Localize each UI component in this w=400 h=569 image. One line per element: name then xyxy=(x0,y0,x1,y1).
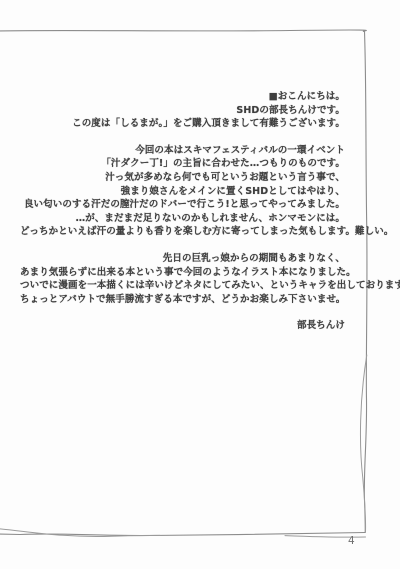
greeting-paragraph: ■おこんにちは。 SHDの部長ちんけです。 この度は「しるまが。」をご購入頂きま… xyxy=(20,90,345,131)
body-line: 汁っ気が多めなら何でも可というお題という言う事で、 xyxy=(20,171,345,185)
afterword-text: ■おこんにちは。 SHDの部長ちんけです。 この度は「しるまが。」をご購入頂きま… xyxy=(20,90,345,333)
body-line: ついでに漫画を一本描くには辛いけどネタにしてみたい、というキャラを出しております… xyxy=(20,279,345,293)
body-paragraph-1: 今回の本はスキマフェスティバルの一環イベント 「汁ダクー丁!」の主旨に合わせた…… xyxy=(20,144,345,239)
body-line: 今回の本はスキマフェスティバルの一環イベント xyxy=(20,144,345,158)
body-line: どっちかといえば汗の量よりも香りを楽しむ方に寄ってしまった気もします。難しい。 xyxy=(20,225,345,239)
body-paragraph-2: 先日の巨乳っ娘からの期間もあまりなく、 あまり気張らずに出来る本という事で今回の… xyxy=(20,252,345,306)
scan-page: ■おこんにちは。 SHDの部長ちんけです。 この度は「しるまが。」をご購入頂きま… xyxy=(0,0,400,569)
body-line: 「汁ダクー丁!」の主旨に合わせた…つもりのものです。 xyxy=(20,157,345,171)
body-line: 先日の巨乳っ娘からの期間もあまりなく、 xyxy=(20,252,345,266)
page-number: 4 xyxy=(348,535,355,547)
body-line: …が、まだまだ足りないのかもしれません、ホンマモンには。 xyxy=(20,212,345,226)
greeting-line: この度は「しるまが。」をご購入頂きまして有難うございます。 xyxy=(20,117,345,131)
greeting-line: SHDの部長ちんけです。 xyxy=(20,104,345,118)
body-line: 良い匂いのする汗だの膣汁だのドバーで行こう!と思ってやってみました。 xyxy=(20,198,345,212)
body-line: ちょっとアバウトで無手勝流すぎる本ですが、どうかお楽しみ下さいませ。 xyxy=(20,293,345,307)
signature: 部長ちんけ xyxy=(20,319,345,333)
body-line: あまり気張らずに出来る本という事で今回のようなイラスト本になりました。 xyxy=(20,266,345,280)
signature-line: 部長ちんけ xyxy=(20,319,345,333)
greeting-line: ■おこんにちは。 xyxy=(20,90,345,104)
body-line: 強まり娘さんをメインに置くSHDとしてはやはり、 xyxy=(20,185,345,199)
